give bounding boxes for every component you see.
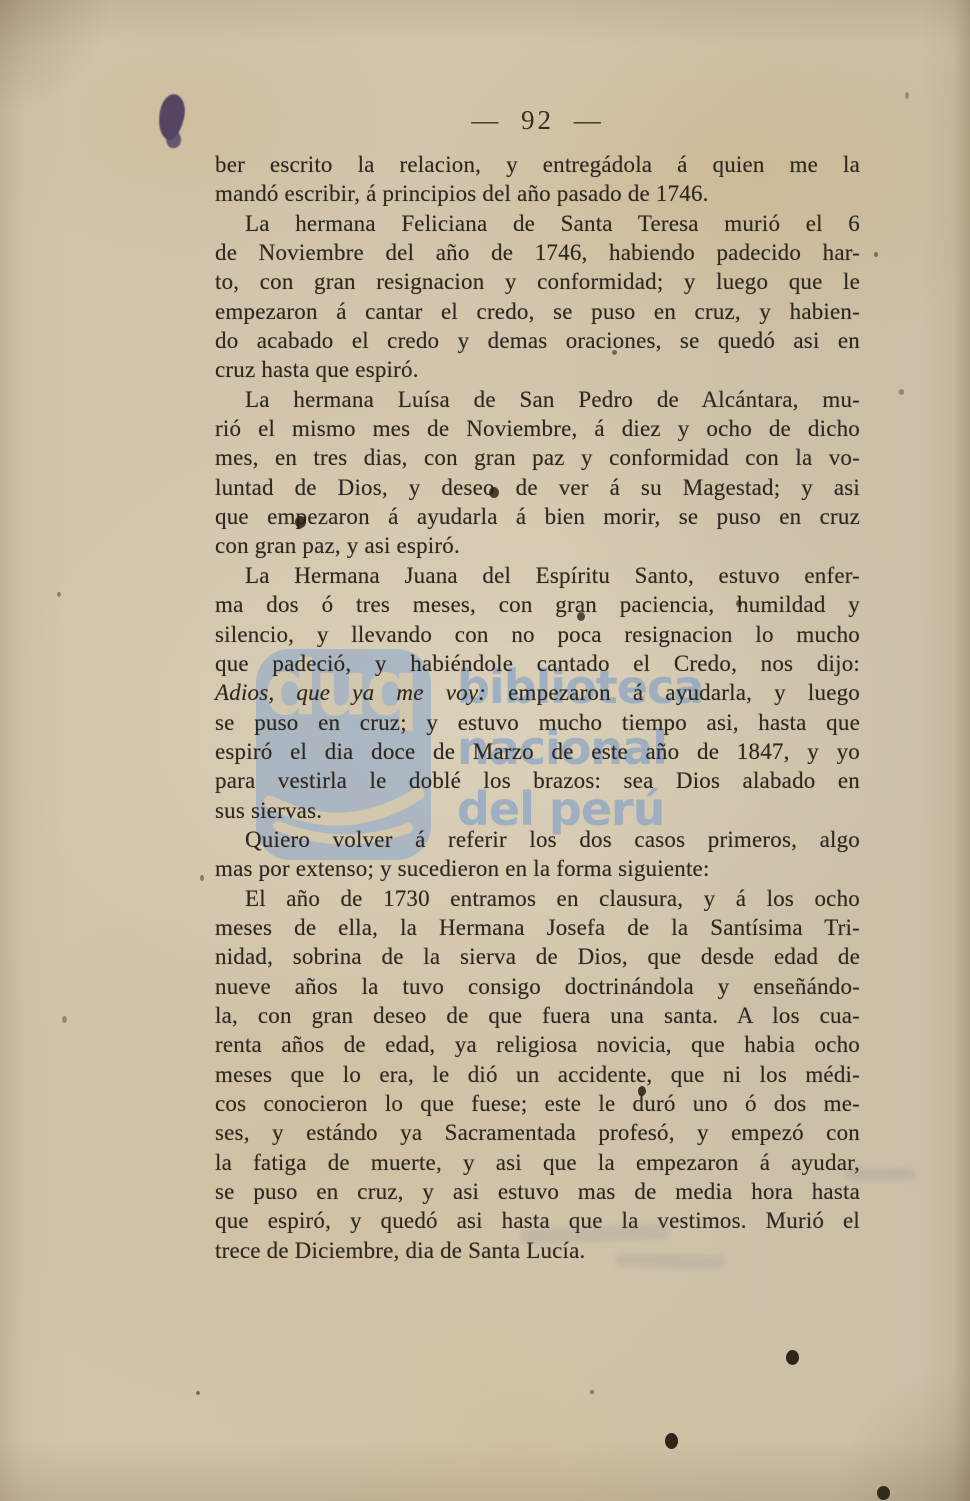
text-line: que padeció, y habiéndole cantado el Cre… [215, 649, 860, 678]
text-line: rió el mismo mes de Noviembre, á diez y … [215, 414, 860, 443]
text-line: mes, en tres dias, con gran paz y confor… [215, 443, 860, 472]
text-line: La Hermana Juana del Espíritu Santo, est… [215, 561, 860, 590]
text-line: con gran paz, y asi espiró. [215, 531, 860, 560]
paper-speck [877, 1486, 890, 1500]
page-number: — 92 — [215, 105, 860, 136]
paper-speck [786, 1350, 799, 1365]
text-line: Quiero volver á referir los dos casos pr… [215, 825, 860, 854]
paper-speck [665, 1433, 678, 1449]
paper-speck [638, 1086, 646, 1096]
text-line: renta años de edad, ya religiosa novicia… [215, 1030, 860, 1059]
text-line: se puso en cruz, y asi estuvo mas de med… [215, 1177, 860, 1206]
text-line: meses de ella, la Hermana Josefa de la S… [215, 913, 860, 942]
text-line: cruz hasta que espiró. [215, 355, 860, 384]
text-line: la fatiga de muerte, y asi que la empeza… [215, 1148, 860, 1177]
paper-speck [62, 1016, 67, 1023]
paper-speck [905, 92, 909, 99]
paper-speck [874, 252, 878, 257]
text-line: para vestirla le doblé los brazos: sea D… [215, 766, 860, 795]
text-line: que empezaron á ayudarla á bien morir, s… [215, 502, 860, 531]
text-line: mas por extenso; y sucedieron en la form… [215, 854, 860, 883]
text-line: meses que lo era, le dió un accidente, q… [215, 1060, 860, 1089]
text-line: to, con gran resignacion y conformidad; … [215, 267, 860, 296]
text-line: ses, y estándo ya Sacramentada profesó, … [215, 1118, 860, 1147]
text-line: nueve años la tuvo consigo doctrinándola… [215, 972, 860, 1001]
text-line: silencio, y llevando con no poca resigna… [215, 620, 860, 649]
text-line: La hermana Feliciana de Santa Teresa mur… [215, 209, 860, 238]
text-line: se puso en cruz; y estuvo mucho tiempo a… [215, 708, 860, 737]
paper-speck [612, 350, 617, 355]
text-line: cos conocieron lo que fuese; este le dur… [215, 1089, 860, 1118]
show-through-mark [615, 1253, 725, 1269]
page-text: ber escrito la relacion, y entregádola á… [215, 150, 860, 1265]
text-line: La hermana Luísa de San Pedro de Alcánta… [215, 385, 860, 414]
text-line: ma dos ó tres meses, con gran paciencia,… [215, 590, 860, 619]
paper-speck [200, 875, 204, 881]
text-line: de Noviembre del año de 1746, habiendo p… [215, 238, 860, 267]
paper-speck [590, 1390, 594, 1394]
paper-speck [489, 487, 499, 498]
text-line: Adios, que ya me voy: empezaron á ayudar… [215, 678, 860, 707]
text-line: mandó escribir, á principios del año pas… [215, 179, 860, 208]
paper-speck [196, 1391, 200, 1395]
text-line: luntad de Dios, y deseo de ver á su Mage… [215, 473, 860, 502]
text-line: sus siervas. [215, 796, 860, 825]
text-line: do acabado el credo y demas oraciones, s… [215, 326, 860, 355]
paper-speck [577, 612, 585, 621]
text-line: empezaron á cantar el credo, se puso en … [215, 297, 860, 326]
text-line: nidad, sobrina de la sierva de Dios, que… [215, 942, 860, 971]
paper-speck [736, 600, 742, 607]
paper-speck [295, 516, 306, 528]
paper-speck [57, 592, 61, 597]
show-through-mark [845, 1168, 915, 1180]
text-line: espiró el dia doce de Marzo de este año … [215, 737, 860, 766]
text-line: ber escrito la relacion, y entregádola á… [215, 150, 860, 179]
text-line: la, con gran deseo de que fuera una sant… [215, 1001, 860, 1030]
paper-speck [899, 389, 904, 395]
text-line: El año de 1730 entramos en clausura, y á… [215, 884, 860, 913]
page-background: bnp biblioteca nacional del perú — 92 — … [0, 0, 970, 1501]
